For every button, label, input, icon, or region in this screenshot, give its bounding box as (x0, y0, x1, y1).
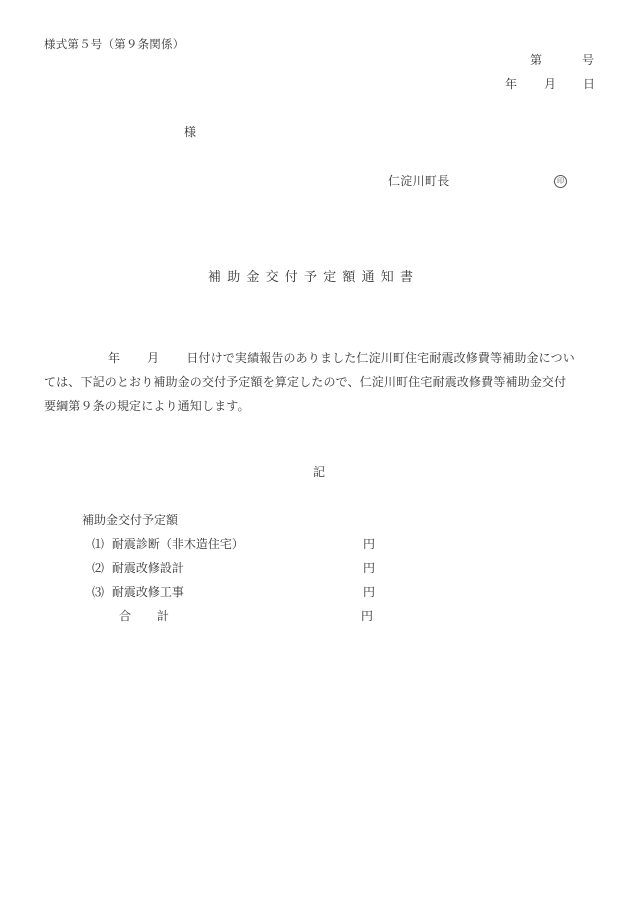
addressee-honorific: 様 (184, 126, 196, 138)
item-2-yen: 円 (363, 562, 375, 574)
doc-number-suffix: 号 (582, 54, 594, 66)
item-3-yen: 円 (363, 586, 375, 598)
item-label: 耐震改修工事 (112, 585, 184, 599)
date-month-label: 月 (544, 78, 556, 90)
item-label: 耐震診断（非木造住宅） (112, 537, 244, 551)
sender-name: 仁淀川町長 (388, 175, 450, 187)
body-month-label: 月 (147, 351, 159, 365)
body-line-2: ては、下記のとおり補助金の交付予定額を算定したので、仁淀川町住宅耐震改修費等補助… (44, 370, 600, 394)
item-number: ⑶ (92, 585, 104, 599)
amount-list: ⑴ 耐震診断（非木造住宅） 円 ⑵ 耐震改修設計 円 ⑶ 耐震改修工事 円 合計… (92, 538, 392, 638)
item-number: ⑵ (92, 561, 104, 575)
total-label-a: 合 (119, 609, 131, 623)
amount-item-3: ⑶ 耐震改修工事 (92, 586, 184, 598)
doc-number-prefix: 第 (530, 54, 542, 66)
total-yen: 円 (361, 610, 373, 622)
body-line-3: 要綱第９条の規定により通知します。 (44, 394, 600, 418)
amount-item-1: ⑴ 耐震診断（非木造住宅） (92, 538, 244, 550)
amount-total: 合計 (119, 610, 169, 622)
date-year-label: 年 (505, 78, 517, 90)
body-line-1: 年月日付けで実績報告のありました仁淀川町住宅耐震改修費等補助金につい (44, 346, 600, 370)
amount-heading: 補助金交付予定額 (82, 514, 178, 526)
amount-item-2: ⑵ 耐震改修設計 (92, 562, 184, 574)
date-day-label: 日 (583, 78, 595, 90)
item-1-yen: 円 (363, 538, 375, 550)
total-label-b: 計 (157, 609, 169, 623)
document-title: 補助金交付予定額通知書 (208, 271, 419, 284)
seal-icon: 印 (554, 175, 567, 188)
form-number: 様式第５号（第９条関係） (44, 39, 184, 51)
item-number: ⑴ (92, 537, 104, 551)
body-paragraph: 年月日付けで実績報告のありました仁淀川町住宅耐震改修費等補助金につい ては、下記… (44, 346, 600, 418)
item-label: 耐震改修設計 (112, 561, 184, 575)
ki-heading: 記 (313, 466, 325, 478)
body-line-1-text: 日付けで実績報告のありました仁淀川町住宅耐震改修費等補助金につい (186, 351, 575, 365)
body-year-label: 年 (108, 351, 120, 365)
